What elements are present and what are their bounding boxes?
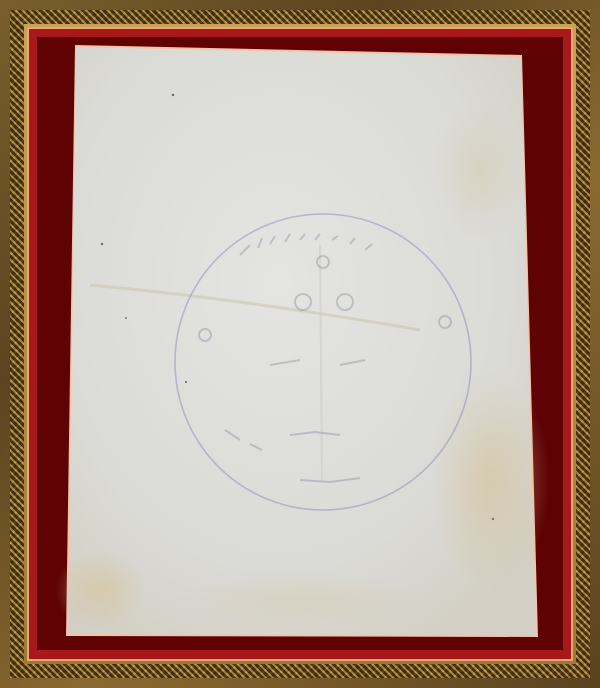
framed-photo-scene: [0, 0, 600, 688]
paper-card: [0, 0, 600, 688]
